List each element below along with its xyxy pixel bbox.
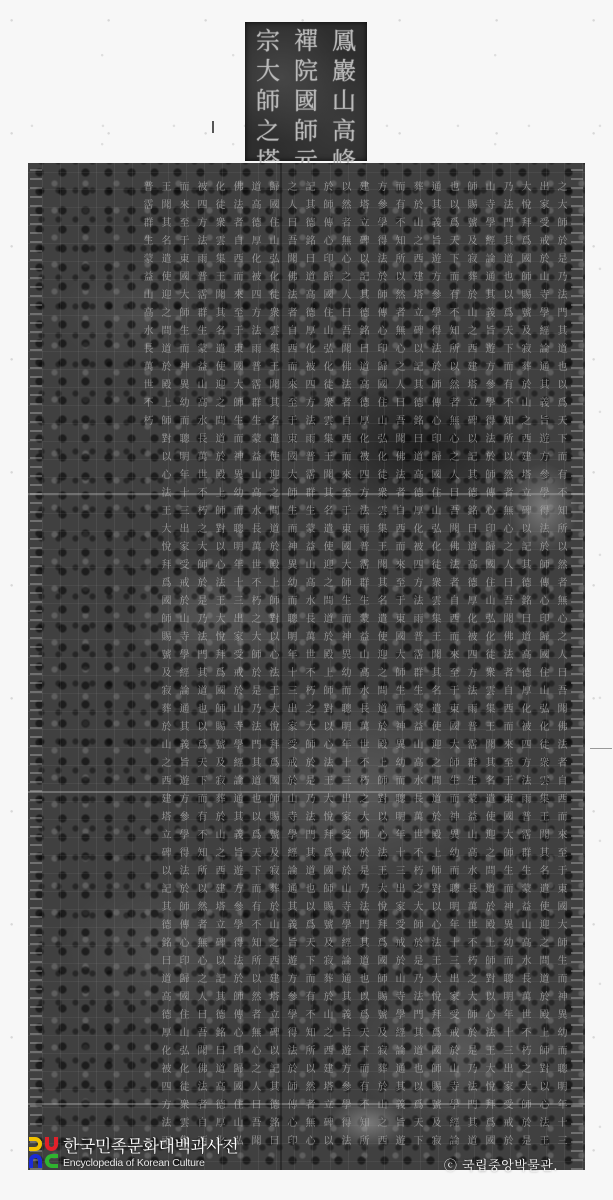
logo-green-shape: [45, 1154, 58, 1168]
headpiece-character: 國: [294, 86, 318, 116]
headpiece-character: 宗: [256, 26, 280, 56]
headpiece-character: 巖: [332, 56, 356, 86]
right-border-pattern: [571, 163, 583, 1170]
encyclopedia-logo-icon: [29, 1137, 59, 1169]
headpiece-character: 大: [256, 56, 280, 86]
stray-mark: [212, 121, 214, 133]
brand-title-english: Encyclopedia of Korean Culture: [63, 1157, 238, 1169]
copyright-notice: ⓒ 국립중앙박물관.: [444, 1155, 558, 1174]
sheet-seam: [28, 791, 585, 793]
logo-red-shape: [45, 1137, 58, 1151]
headpiece-character: 鳳: [332, 26, 356, 56]
headpiece-column: 禪院國師元: [289, 26, 323, 157]
headpiece-character: 山: [332, 86, 356, 116]
headpiece-character: 院: [294, 56, 318, 86]
stray-mark: [590, 748, 612, 749]
encyclopedia-watermark: 한국민족문화대백과사전 Encyclopedia of Korean Cultu…: [29, 1137, 238, 1169]
headpiece-character: 高: [332, 116, 356, 146]
brand-title-korean: 한국민족문화대백과사전: [63, 1138, 238, 1157]
sheet-seam: [28, 493, 585, 495]
inscription-text: 之大師於是乃法門其道也以爲天下而有不知所以然者無心之人曰吾聞佛法者自西而來至于東…: [44, 181, 569, 1160]
headpiece-character: 之: [256, 116, 280, 146]
left-border-pattern: [30, 163, 42, 1170]
headpiece-column: 宗大師之塔: [251, 26, 285, 157]
sheet-seam-vertical: [280, 163, 282, 1170]
headpiece-character: 師: [256, 86, 280, 116]
headpiece-character: 師: [294, 116, 318, 146]
logo-blue-shape: [29, 1154, 42, 1168]
sheet-seam: [28, 1103, 585, 1105]
headpiece-character: 禪: [294, 26, 318, 56]
stele-body-rubbing: 之大師於是乃法門其道也以爲天下而有不知所以然者無心之人曰吾聞佛法者自西而來至于東…: [28, 163, 585, 1170]
logo-yellow-shape: [29, 1137, 42, 1151]
stele-headpiece: 鳳巖山高峰禪院國師元宗大師之塔: [245, 22, 367, 161]
headpiece-column: 鳳巖山高峰: [327, 26, 361, 157]
worn-area: [508, 463, 578, 553]
headpiece-inscription: 鳳巖山高峰禪院國師元宗大師之塔: [251, 26, 361, 157]
worn-area: [328, 1098, 408, 1148]
